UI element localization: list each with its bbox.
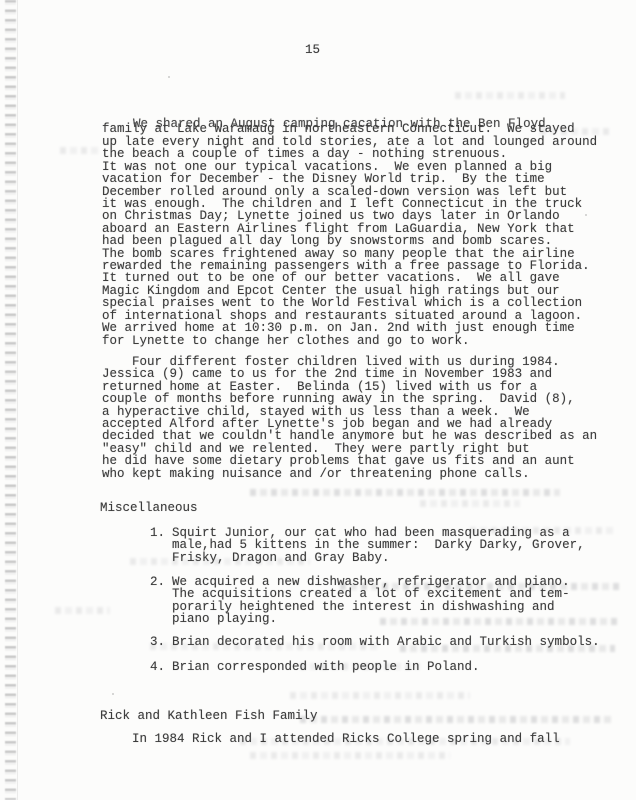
list-item-number: 2. xyxy=(150,576,172,626)
misc-list-item-3: 3. Brian decorated his room with Arabic … xyxy=(150,636,600,648)
binding-shadow-line xyxy=(17,0,18,800)
page-number: 15 xyxy=(305,44,320,56)
foster-children-paragraph: Four different foster children lived wit… xyxy=(102,356,597,480)
ghost-text-smudge xyxy=(420,500,520,507)
comb-binding-edge xyxy=(5,0,16,800)
paper-speck xyxy=(112,693,114,695)
ghost-text-smudge xyxy=(250,752,450,759)
ghost-text-smudge xyxy=(250,489,560,496)
ghost-text-smudge xyxy=(55,607,110,614)
scanned-document-page: 15 We shared an August camping cacation … xyxy=(0,0,636,800)
list-item-text: Brian corresponded with people in Poland… xyxy=(172,661,480,673)
list-item-number: 1. xyxy=(150,527,172,564)
list-item-number: 4. xyxy=(150,661,172,673)
ghost-text-smudge xyxy=(60,147,98,154)
list-item-text: Brian decorated his room with Arabic and… xyxy=(172,636,600,648)
ghost-text-smudge xyxy=(455,92,565,99)
ghost-text-smudge xyxy=(300,716,615,723)
list-item-text: Squirt Junior, our cat who had been masq… xyxy=(172,527,585,564)
list-item-number: 3. xyxy=(150,636,172,648)
paper-speck xyxy=(168,76,170,78)
misc-list-item-4: 4. Brian corresponded with people in Pol… xyxy=(150,661,480,673)
ricks-college-paragraph: In 1984 Rick and I attended Ricks Colleg… xyxy=(102,733,560,745)
fish-family-heading: Rick and Kathleen Fish Family xyxy=(100,710,318,722)
misc-list-item-2: 2. We acquired a new dishwasher, refrige… xyxy=(150,576,570,626)
miscellaneous-heading: Miscellaneous xyxy=(100,502,198,514)
vacation-paragraph-overstrike-bottom: family at Lake Waramaug in northeastern … xyxy=(102,123,575,135)
list-item-text: We acquired a new dishwasher, refrigerat… xyxy=(172,576,570,626)
misc-list-item-1: 1. Squirt Junior, our cat who had been m… xyxy=(150,527,585,564)
ghost-text-smudge xyxy=(290,692,470,699)
vacation-paragraph: up late every night and told stories, at… xyxy=(102,136,597,347)
